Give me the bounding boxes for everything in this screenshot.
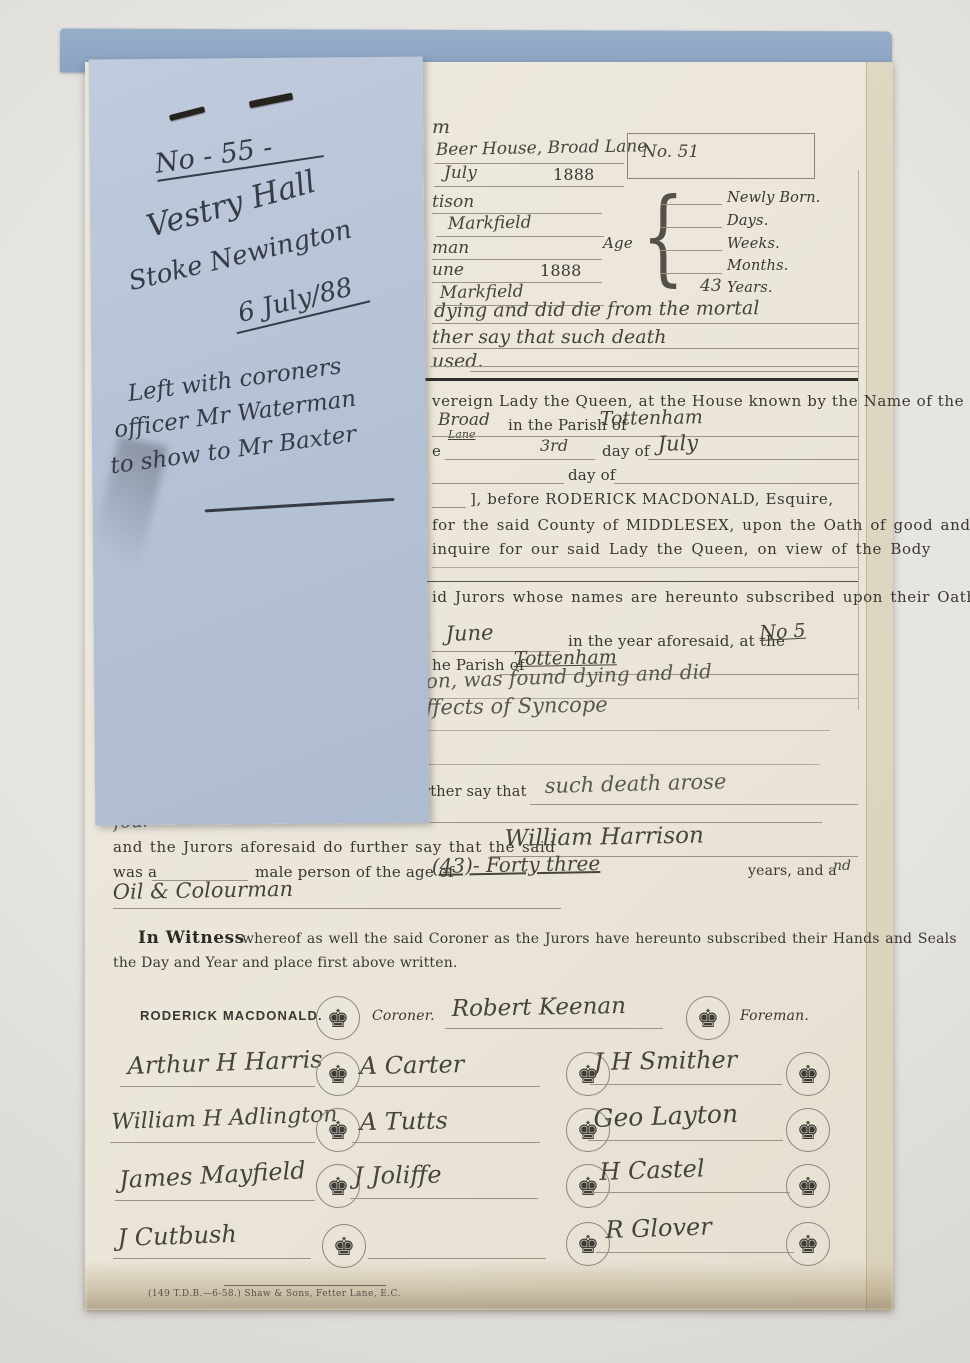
crown-seal-icon: ♚ (322, 1224, 366, 1268)
ruled-line (648, 459, 858, 460)
crown-glyph: ♚ (327, 1006, 349, 1031)
age-unit-years: Years. (727, 280, 773, 296)
ruled-line (432, 483, 564, 484)
section-rule-thick (424, 378, 858, 381)
ruled-line (113, 908, 561, 909)
crown-glyph: ♚ (327, 1118, 349, 1143)
jurors-line: id Jurors whose names are hereunto subsc… (432, 588, 970, 606)
age-label: Age (603, 234, 633, 252)
blue-memo-slip: No - 55 - Vestry Hall Stoke Newington 6 … (89, 57, 430, 826)
sheet-bottom-stain (85, 1262, 893, 1310)
occupation-fragment: man (432, 238, 469, 258)
parish-hand: Tottenham (600, 406, 703, 430)
effects-hand: l effects of Syncope (400, 692, 608, 720)
crown-seal-icon: ♚ (786, 1108, 830, 1152)
county-line: for the said County of MIDDLESEX, upon t… (432, 516, 970, 534)
ruled-line (596, 1252, 794, 1253)
ruled-line (445, 1028, 663, 1029)
sheet-fold-line (858, 170, 859, 710)
witness-line2: the Day and Year and place first above w… (113, 955, 458, 971)
crown-glyph: ♚ (327, 1174, 349, 1199)
witness-line1: whereof as well the said Coroner as the … (242, 931, 957, 947)
pin-mark (249, 93, 294, 109)
ruled-line (432, 436, 858, 437)
ruled-line (434, 186, 624, 187)
ruled-line (113, 1258, 311, 1259)
years-hand: nd (833, 858, 851, 874)
ruled-line (120, 1086, 315, 1087)
ruled-line (420, 730, 830, 731)
ruled-line (355, 1086, 540, 1087)
crown-glyph: ♚ (697, 1006, 719, 1031)
photograph-of-inquest-document: m Beer House, Broad Lane No. 51 July 188… (0, 0, 970, 1363)
crown-glyph: ♚ (797, 1118, 819, 1143)
crown-glyph: ♚ (577, 1174, 599, 1199)
age-unit-newly-born: Newly Born. (727, 190, 821, 206)
foreman-label: Foreman. (740, 1008, 809, 1024)
ruled-line (660, 273, 722, 274)
years-label: years, and a (748, 863, 837, 879)
crown-seal-icon: ♚ (786, 1222, 830, 1266)
ruled-line (470, 371, 858, 372)
coroner-label: Coroner. (372, 1008, 435, 1024)
queen-line: inquire for our said Lady the Queen, on … (432, 540, 931, 558)
juror-signature: J Cutbush (117, 1220, 237, 1252)
in-witness-lead: In Witness (138, 928, 245, 948)
ruled-line (115, 1200, 315, 1201)
section-rule-thin (430, 366, 858, 367)
section-rule (426, 581, 858, 582)
slip-ref-date: 6 July/88 (229, 269, 370, 334)
case-number: No. 51 (642, 142, 699, 162)
crown-glyph: ♚ (333, 1234, 355, 1259)
cause-line1: dying and did die from the mortal (434, 297, 760, 322)
street-hand: Broad (438, 410, 490, 430)
cause-line2: ther say that such death (432, 326, 666, 348)
juror-signature: R Glover (605, 1212, 712, 1244)
crown-glyph: ♚ (797, 1174, 819, 1199)
juror-signature: A Carter (360, 1050, 465, 1080)
occupation-hand: Oil & Colourman (113, 877, 294, 904)
age-unit-days: Days. (727, 213, 769, 229)
crown-glyph: ♚ (797, 1232, 819, 1257)
ruled-line (660, 250, 722, 251)
coroner-printed-name: RODERICK MACDONALD. (140, 1008, 323, 1023)
age-unit-months: Months. (727, 258, 789, 274)
ruled-line (614, 483, 858, 484)
sheet-right-edge (866, 62, 894, 1310)
ruled-line (660, 227, 722, 228)
ruled-line (432, 507, 466, 508)
ruled-line (432, 348, 858, 349)
printer-imprint: (149 T.D.B.—6-58.) Shaw & Sons, Fetter L… (148, 1289, 401, 1299)
day-label: day of (602, 442, 650, 460)
crown-seal-icon: ♚ (786, 1164, 830, 1208)
crown-seal-icon: ♚ (316, 1108, 360, 1152)
juror-signature: Geo Layton (593, 1099, 739, 1133)
was-a-label: was a (113, 863, 157, 881)
street-hand-lane: Lane (448, 428, 475, 441)
crown-seal-icon: ♚ (316, 996, 360, 1040)
ruled-line (530, 804, 858, 805)
cause-line3: used. (432, 350, 483, 372)
juror-signature: H Castel (599, 1154, 705, 1186)
coroner-line: ], before RODERICK MACDONALD, Esquire, (470, 490, 834, 508)
printed-year: 1888 (553, 165, 595, 184)
ruled-line (590, 1084, 782, 1085)
month3-hand: June (445, 620, 494, 646)
juror-signature: J H Smither (594, 1046, 738, 1076)
crown-glyph: ♚ (327, 1062, 349, 1087)
street-entry: Markfield (448, 213, 532, 234)
ruled-line (430, 822, 822, 823)
deceased-name-hand: William Harrison (505, 823, 705, 852)
printed-year2: 1888 (540, 261, 582, 280)
ruled-line (660, 204, 722, 205)
death-month-fragment: une (432, 260, 464, 280)
ruled-line (445, 459, 595, 460)
month-hand: July (657, 431, 698, 456)
ruled-line (352, 1142, 540, 1143)
slip-underline-flourish (205, 498, 395, 513)
crown-seal-icon: ♚ (686, 996, 730, 1040)
pin-mark (169, 106, 205, 121)
age-value: 43 (700, 276, 722, 296)
ruled-line (436, 236, 604, 237)
crown-seal-icon: ♚ (786, 1052, 830, 1096)
juror-signature: J Joliffe (354, 1160, 442, 1190)
ruled-line (368, 1258, 546, 1259)
age-written-hand: (43)- Forty three (432, 851, 601, 878)
age-unit-weeks: Weeks. (727, 236, 780, 252)
foreman-signature: Robert Keenan (452, 993, 627, 1022)
further-hand: such death arose (544, 769, 726, 798)
day-fragment: e (432, 442, 441, 460)
ruled-line (350, 1198, 538, 1199)
crown-seal-icon: ♚ (316, 1052, 360, 1096)
deceased-name-fragment: tison (432, 192, 474, 212)
ruled-line (432, 323, 858, 324)
ruled-line (592, 1192, 790, 1193)
ruled-line (110, 1142, 315, 1143)
crown-glyph: ♚ (797, 1062, 819, 1087)
day-hand: 3rd (540, 436, 568, 455)
handwriting-fragment: m (432, 116, 450, 138)
ruled-line (432, 567, 858, 568)
house-name-entry: Beer House, Broad Lane (436, 136, 648, 160)
ruled-line (400, 764, 820, 765)
juror-signature: A Tutts (360, 1106, 449, 1136)
day-label2: day of (568, 466, 616, 484)
inquest-month-entry: July (444, 163, 477, 183)
house-no-hand: No 5 (759, 620, 806, 644)
footer-rule (224, 1285, 386, 1286)
crown-seal-icon: ♚ (566, 1222, 610, 1266)
ruled-line (588, 1140, 783, 1141)
